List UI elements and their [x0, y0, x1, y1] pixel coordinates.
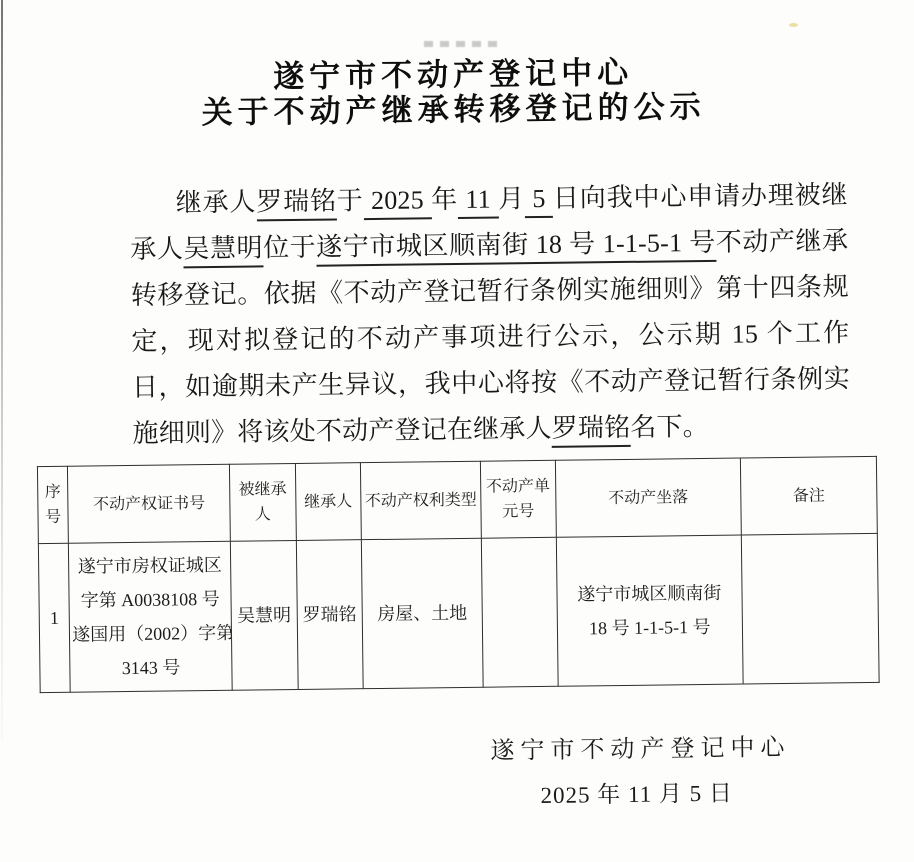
underlined-text-run: 遂宁市城区顺南街 18 号 1-1-5-1 号 [316, 228, 716, 267]
text-run: 继承人 [176, 187, 257, 217]
col-header-6: 不动产单元号 [480, 460, 556, 538]
title-line-1: 遂宁市不动产登记中心 [273, 55, 633, 94]
text-run: 位于 [263, 233, 316, 263]
col-header-2: 不动产权证书号 [68, 464, 231, 543]
text-run: 名下。 [630, 412, 709, 442]
underlined-text-run: 11 [458, 184, 499, 218]
text-run: 年 [431, 185, 458, 214]
unit-no-cell [481, 537, 557, 687]
notice-title: 遂宁市不动产登记中心 关于不动产继承转移登记的公示 [0, 51, 911, 132]
cell-line: 18 号 1-1-5-1 号 [589, 617, 711, 638]
location-cell: 遂宁市城区顺南街18 号 1-1-5-1 号 [556, 535, 743, 686]
cell-line: 字第 A0038108 号 [81, 589, 220, 611]
table-header-row: 序号不动产权证书号被继承人继承人不动产权利类型不动产单元号不动产坐落备注 [37, 456, 877, 543]
registration-table-wrap: 序号不动产权证书号被继承人继承人不动产权利类型不动产单元号不动产坐落备注 1遂宁… [37, 456, 880, 693]
underlined-text-run: 罗瑞铭 [256, 186, 337, 221]
issuing-org: 遂宁市不动产登记中心 [4, 730, 790, 776]
title-line-2: 关于不动产继承转移登记的公示 [201, 89, 705, 130]
document-content: 遂宁市不动产登记中心 关于不动产继承转移登记的公示 继承人罗瑞铭于 2025 年… [0, 0, 914, 862]
col-header-3: 被继承人 [230, 463, 296, 541]
remark-cell [741, 533, 879, 684]
col-header-1: 序号 [37, 466, 68, 543]
cell-line: 遂国用（2002）字第 [72, 623, 232, 645]
col-header-8: 备注 [740, 456, 877, 535]
seq-cell: 1 [38, 543, 70, 692]
underlined-text-run: 5 [525, 184, 553, 218]
scanned-notice-page: 遂宁市不动产登记中心 关于不动产继承转移登记的公示 继承人罗瑞铭于 2025 年… [0, 0, 914, 862]
signature-block: 遂宁市不动产登记中心 2025 年 11 月 5 日 [4, 728, 914, 819]
underlined-text-run: 吴慧明 [183, 233, 263, 268]
cell-line: 遂宁市房权证城区 [78, 555, 222, 577]
col-header-4: 继承人 [295, 463, 361, 541]
underlined-text-run: 2025 [364, 185, 432, 220]
decedent-cell: 吴慧明 [230, 540, 297, 690]
table-row: 1遂宁市房权证城区字第 A0038108 号遂国用（2002）字第3143 号吴… [38, 533, 879, 692]
cert-no-cell: 遂宁市房权证城区字第 A0038108 号遂国用（2002）字第3143 号 [69, 541, 233, 692]
col-header-5: 不动产权利类型 [360, 461, 481, 539]
cell-line: 遂宁市城区顺南街 [577, 583, 721, 605]
right-type-cell: 房屋、土地 [361, 538, 483, 688]
col-header-7: 不动产坐落 [555, 458, 741, 537]
cell-line: 3143 号 [122, 657, 181, 678]
text-run: 于 [337, 186, 364, 215]
underlined-text-run: 罗瑞铭 [552, 413, 631, 448]
registration-table: 序号不动产权证书号被继承人继承人不动产权利类型不动产单元号不动产坐落备注 1遂宁… [37, 456, 880, 693]
issue-date: 2025 年 11 月 5 日 [5, 777, 733, 820]
notice-paragraph: 继承人罗瑞铭于 2025 年 11 月 5 日向我中心申请办理被继承人吴慧明位于… [129, 172, 850, 457]
text-run: 月 [498, 184, 525, 213]
heir-cell: 罗瑞铭 [296, 540, 363, 690]
